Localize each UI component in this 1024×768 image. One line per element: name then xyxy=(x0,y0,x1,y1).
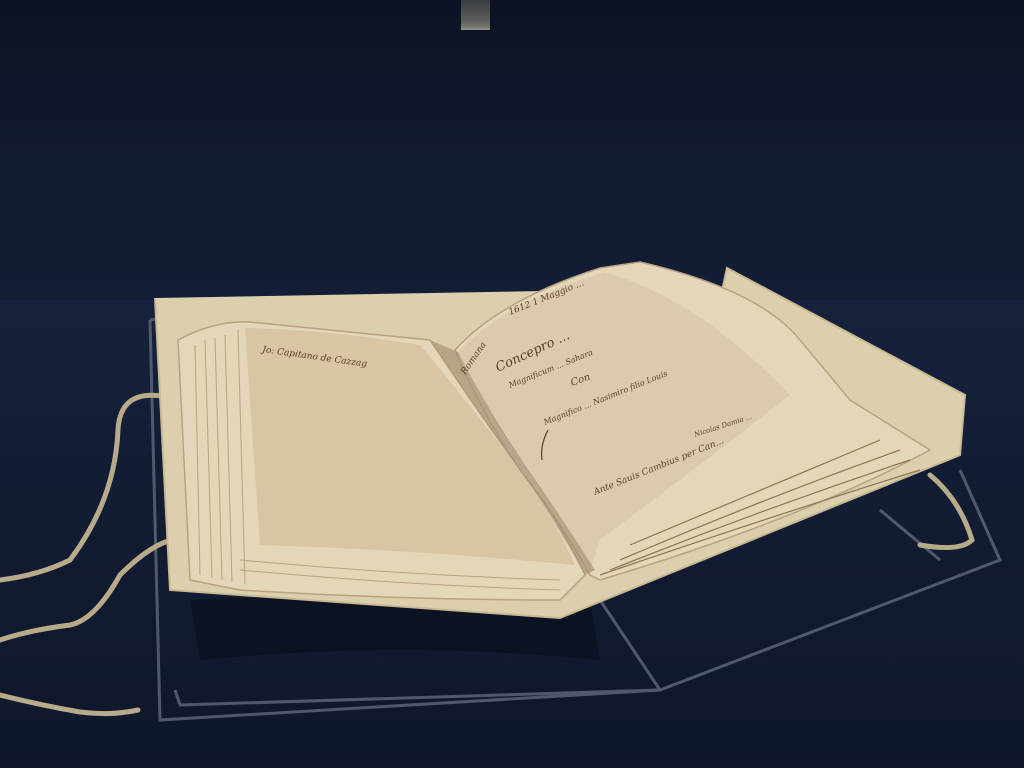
manuscript-illustration: Jo: Capitano de Cazzag 1612 1 Maggio ...… xyxy=(0,0,1024,768)
museum-display-scene: Jo: Capitano de Cazzag 1612 1 Maggio ...… xyxy=(0,0,1024,768)
